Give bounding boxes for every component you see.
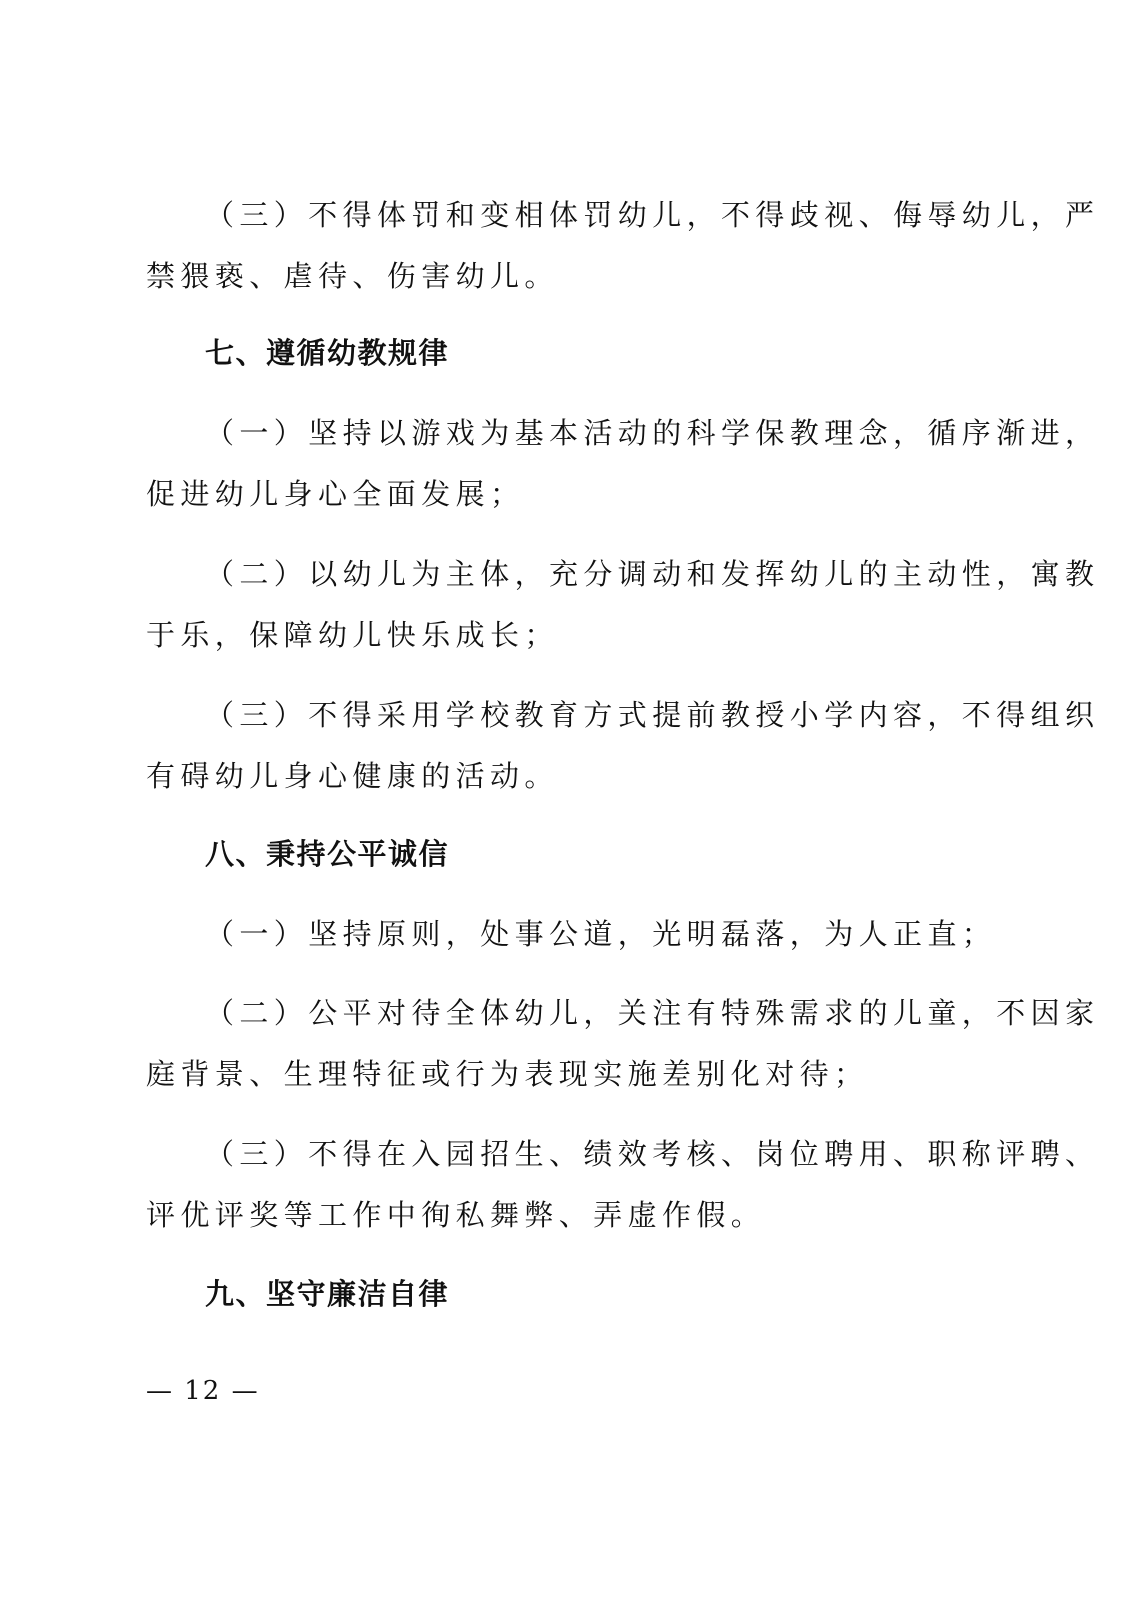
document-page: （三）不得体罚和变相体罚幼儿，不得歧视、侮辱幼儿，严 禁猥亵、虐待、伤害幼儿。 … (0, 0, 1131, 1600)
section-heading: 七、遵循幼教规律 (205, 333, 1045, 373)
item-line: （三）不得采用学校教育方式提前教授小学内容，不得组织 (205, 695, 1045, 735)
item-line: 促进幼儿身心全面发展； (146, 474, 986, 514)
item-line: （三）不得体罚和变相体罚幼儿，不得歧视、侮辱幼儿，严 (205, 195, 1045, 235)
item-line: （一）坚持以游戏为基本活动的科学保教理念，循序渐进， (205, 413, 1045, 453)
item-line: （三）不得在入园招生、绩效考核、岗位聘用、职称评聘、 (205, 1134, 1045, 1174)
item-line: 于乐，保障幼儿快乐成长； (146, 615, 986, 655)
item-line: （二）以幼儿为主体，充分调动和发挥幼儿的主动性，寓教 (205, 554, 1045, 594)
item-line: 有碍幼儿身心健康的活动。 (146, 756, 986, 796)
section-heading: 八、秉持公平诚信 (205, 834, 1045, 874)
item-line: 禁猥亵、虐待、伤害幼儿。 (146, 256, 986, 296)
item-line: （二）公平对待全体幼儿，关注有特殊需求的儿童，不因家 (205, 993, 1045, 1033)
item-line: （一）坚持原则，处事公道，光明磊落，为人正直； (205, 914, 1045, 954)
page-number: — 12 — (146, 1376, 260, 1406)
item-line: 评优评奖等工作中徇私舞弊、弄虚作假。 (146, 1195, 986, 1235)
item-line: 庭背景、生理特征或行为表现实施差别化对待； (146, 1054, 986, 1094)
section-heading: 九、坚守廉洁自律 (205, 1274, 1045, 1314)
